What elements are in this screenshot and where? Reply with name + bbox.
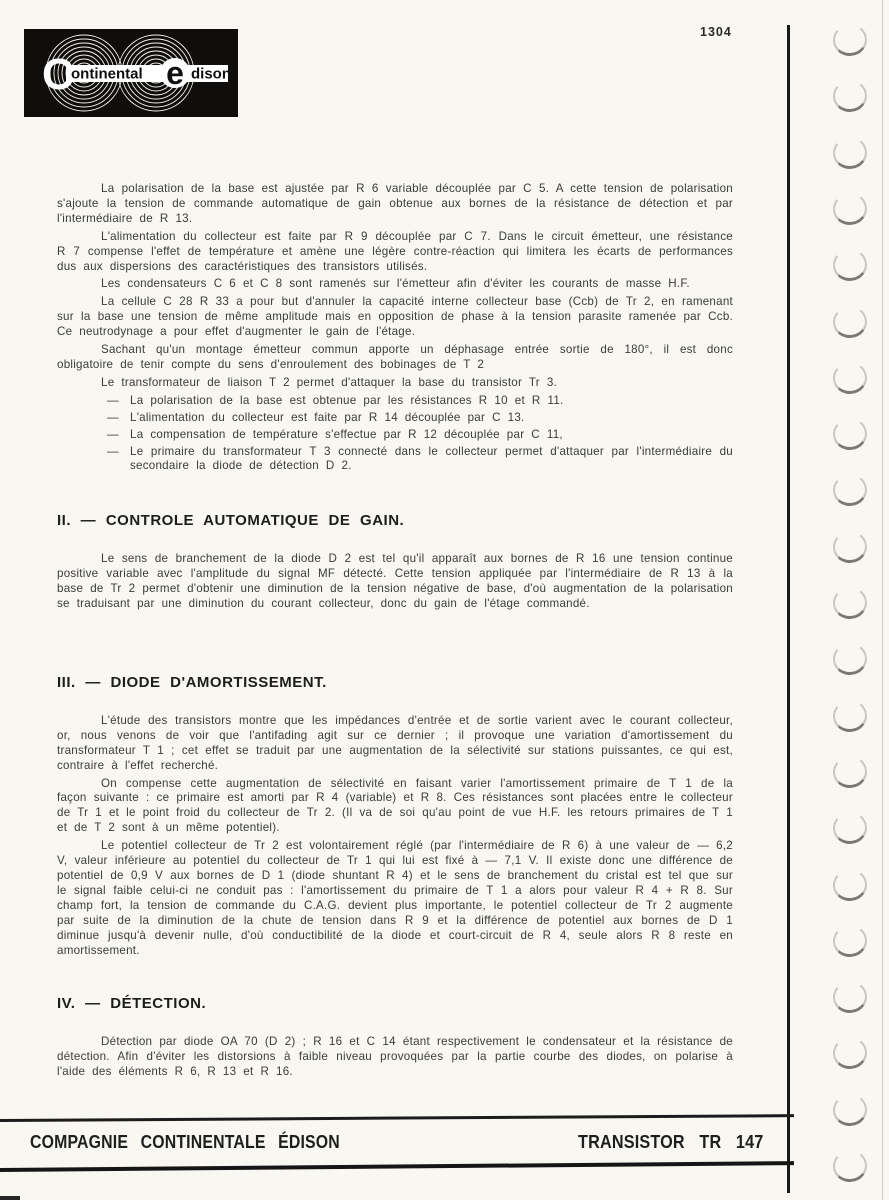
paragraph: La polarisation de la base est ajustée p… (57, 182, 733, 227)
list-item: — Le primaire du transformateur T 3 conn… (107, 445, 733, 475)
logo-text-dison: dison (191, 66, 231, 83)
section-detection: IV. — DÉTECTION. Détection par diode OA … (57, 997, 733, 1080)
binding-hole (831, 1092, 868, 1127)
binding-hole (831, 529, 868, 564)
logo-text-ontinental: ontinental (71, 66, 143, 83)
section-heading: III. — DIODE D'AMORTISSEMENT. (57, 676, 733, 691)
list-item: — L'alimentation du collecteur est faite… (107, 411, 733, 426)
binding-hole (831, 585, 868, 620)
binding-hole (831, 247, 868, 282)
binding-hole (831, 360, 868, 395)
binding-hole (831, 304, 868, 339)
footer-rule-bottom (0, 1161, 794, 1172)
footer-company-name: COMPAGNIE CONTINENTALE ÉDISON (30, 1132, 340, 1153)
section-heading: II. — CONTROLE AUTOMATIQUE DE GAIN. (57, 514, 733, 529)
paragraph: La cellule C 28 R 33 a pour but d'annule… (57, 295, 733, 340)
paragraph: Le transformateur de liaison T 2 permet … (57, 376, 733, 391)
page-number: 1304 (700, 25, 760, 39)
paragraph: Le sens de branchement de la diode D 2 e… (57, 552, 733, 612)
document-page: C ontinental e dison 1304 La polarisatio… (0, 0, 889, 1200)
section-heading: IV. — DÉTECTION. (57, 997, 733, 1012)
binding-hole (831, 1148, 868, 1183)
page-edge-line (882, 0, 883, 1200)
bullet-list: — La polarisation de la base est obtenue… (107, 394, 733, 475)
binding-hole (831, 79, 868, 114)
paragraph: Les condensateurs C 6 et C 8 sont ramené… (57, 277, 733, 292)
list-item-text: L'alimentation du collecteur est faite p… (130, 411, 525, 424)
binding-hole (831, 979, 868, 1014)
binding-hole (831, 416, 868, 451)
logo-letter-c: C (42, 50, 74, 99)
paragraph: L'alimentation du collecteur est faite p… (57, 230, 733, 275)
binding-hole (831, 473, 868, 508)
paragraph: L'étude des transistors montre que les i… (57, 714, 733, 774)
footer-document-reference: TRANSISTOR TR 147 (578, 1132, 763, 1153)
binding-hole (831, 191, 868, 226)
list-item: — La compensation de température s'effec… (107, 428, 733, 443)
continental-edison-logo: C ontinental e dison (24, 29, 238, 117)
list-item-text: La polarisation de la base est obtenue p… (130, 394, 564, 407)
binding-hole (831, 135, 868, 170)
binding-hole (831, 22, 868, 57)
intro-section: La polarisation de la base est ajustée p… (57, 182, 733, 474)
binding-hole (831, 1036, 868, 1071)
section-diode-amortissement: III. — DIODE D'AMORTISSEMENT. L'étude de… (57, 676, 733, 958)
footer-rule-top (0, 1114, 794, 1122)
list-item-text: La compensation de température s'effectu… (130, 428, 563, 441)
binding-hole (831, 754, 868, 789)
binding-hole (831, 867, 868, 902)
paragraph: Sachant qu'un montage émetteur commun ap… (57, 343, 733, 373)
em-dash-bullet: — (107, 411, 119, 426)
em-dash-bullet: — (107, 445, 119, 460)
logo-letter-e: e (166, 55, 184, 91)
list-item: — La polarisation de la base est obtenue… (107, 394, 733, 409)
list-item-text: Le primaire du transformateur T 3 connec… (130, 445, 733, 473)
scan-corner-mark (0, 1196, 20, 1200)
binding-hole (831, 810, 868, 845)
binding-hole (831, 923, 868, 958)
em-dash-bullet: — (107, 428, 119, 443)
right-margin-rule (787, 25, 790, 1193)
paragraph: On compense cette augmentation de sélect… (57, 777, 733, 837)
binding-hole (831, 698, 868, 733)
em-dash-bullet: — (107, 394, 119, 409)
paragraph: Détection par diode OA 70 (D 2) ; R 16 e… (57, 1035, 733, 1080)
section-controle-automatique-de-gain: II. — CONTROLE AUTOMATIQUE DE GAIN. Le s… (57, 514, 733, 612)
binding-hole (831, 642, 868, 677)
paragraph: Le potentiel collecteur de Tr 2 est volo… (57, 839, 733, 958)
